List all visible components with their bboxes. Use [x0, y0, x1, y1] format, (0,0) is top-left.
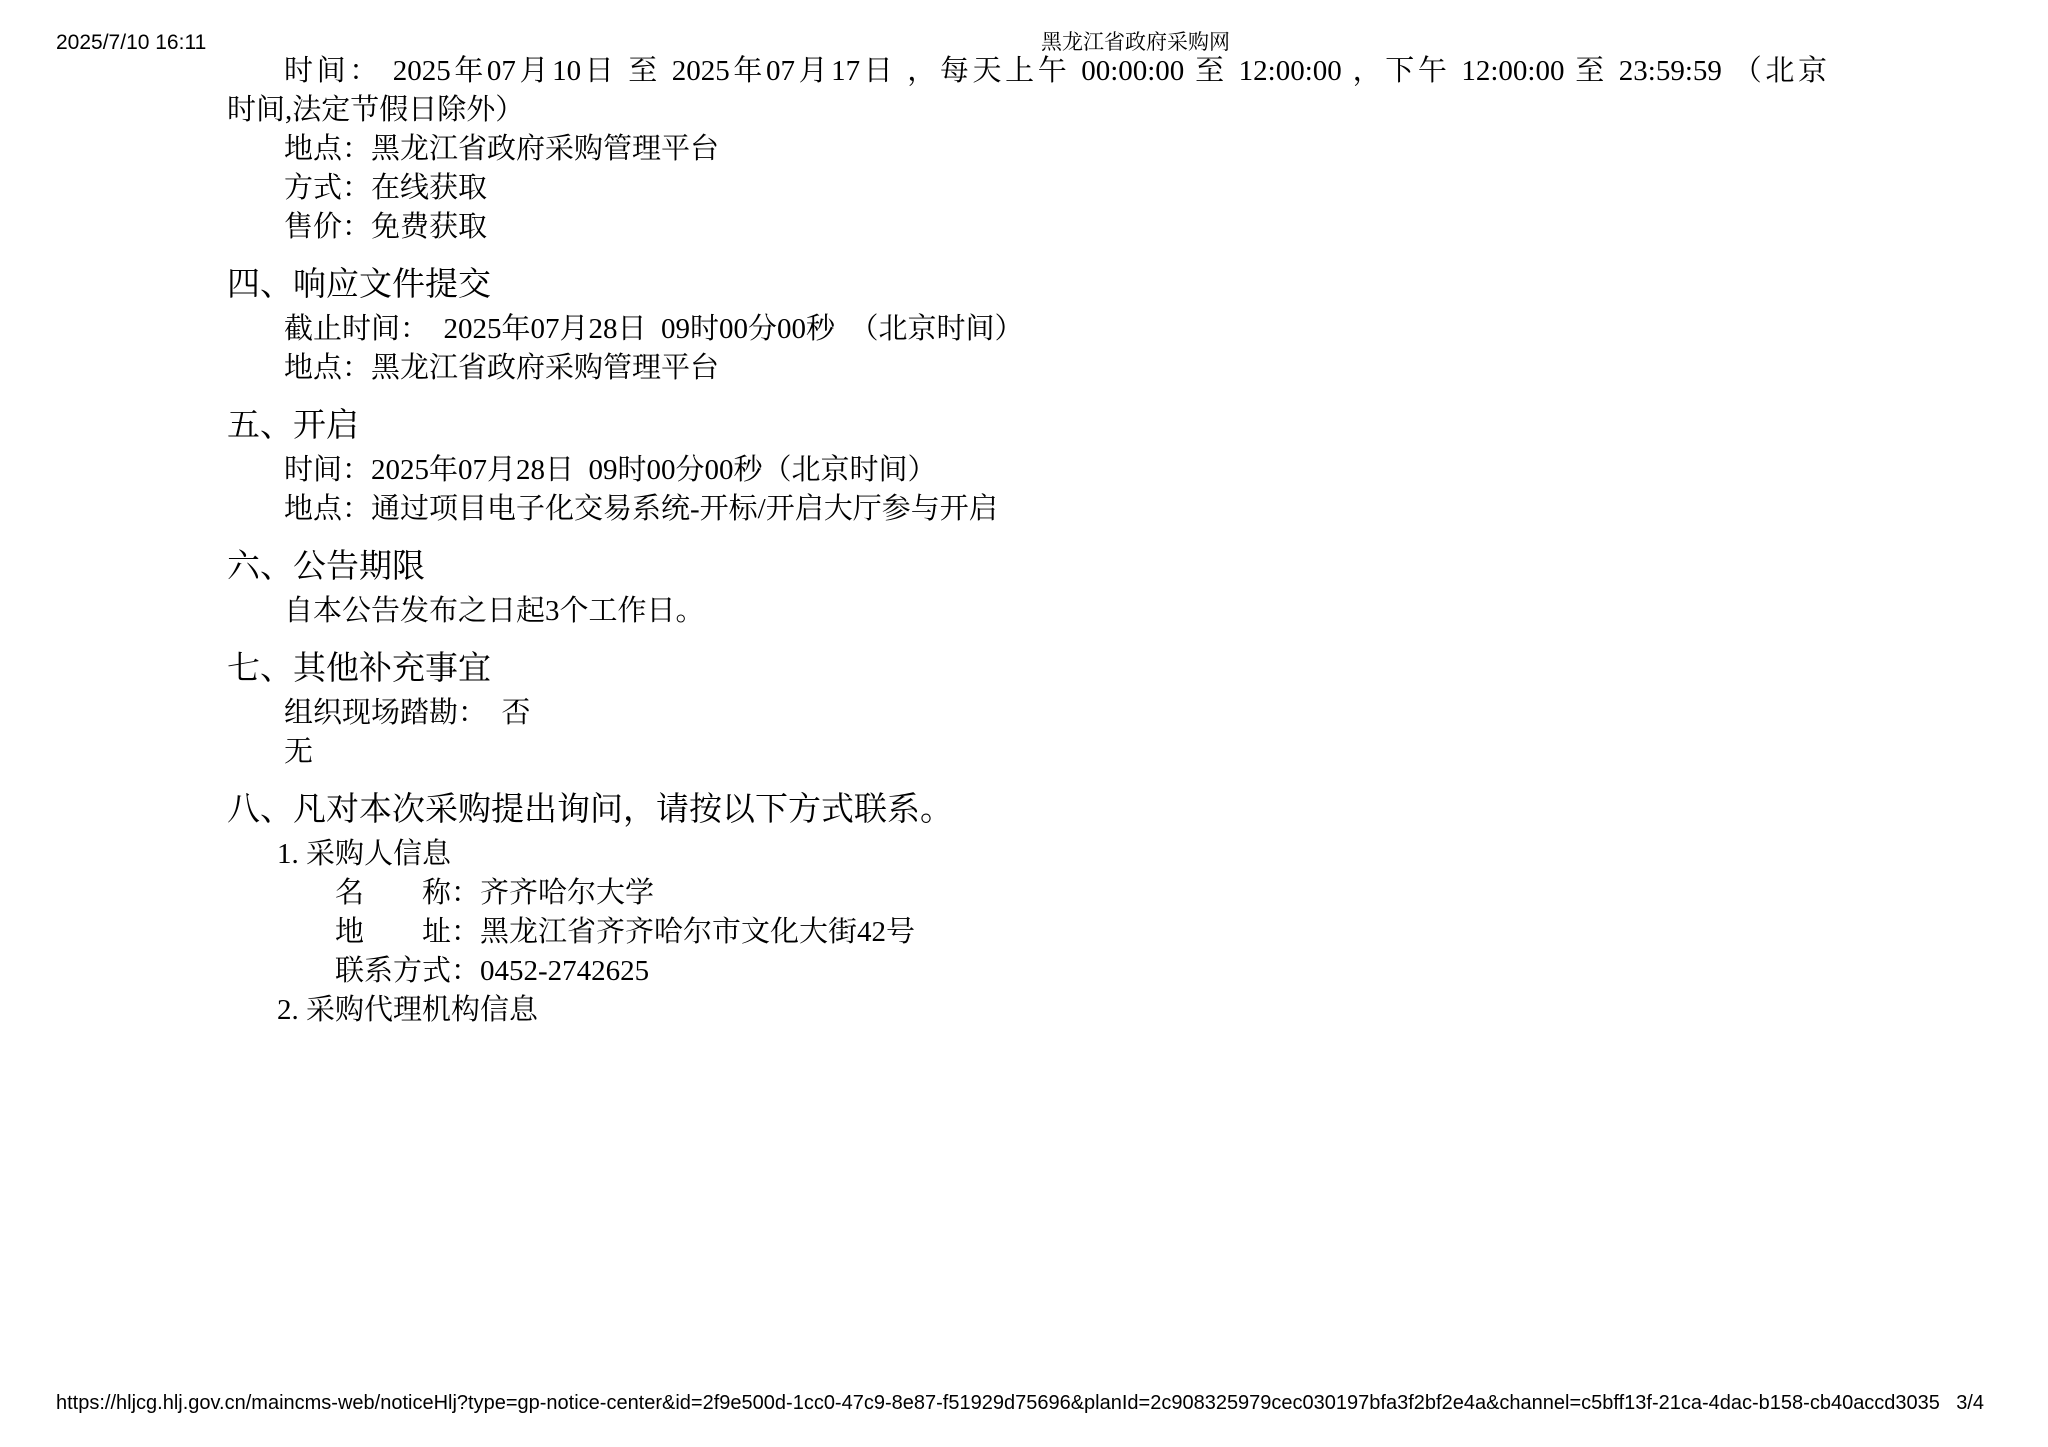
- heading-section-6-notice-period: 六、公告期限: [227, 548, 1827, 587]
- heading-section-7-other-matters: 七、其他补充事宜: [227, 650, 1827, 689]
- print-footer-page-number: 3/4: [1956, 1391, 1984, 1415]
- line-opening-place: 地点：通过项目电子化交易系统-开标/开启大厅参与开启: [227, 490, 1827, 529]
- line-opening-time: 时间：2025年07月28日 09时00分00秒（北京时间）: [227, 451, 1827, 490]
- print-header-datetime: 2025/7/10 16:11: [56, 31, 206, 55]
- line-agency-info-title: 2. 采购代理机构信息: [227, 991, 1827, 1030]
- line-obtain-time-cont: 时间,法定节假日除外）: [227, 91, 1827, 130]
- line-submission-deadline: 截止时间： 2025年07月28日 09时00分00秒 （北京时间）: [227, 310, 1827, 349]
- heading-section-4-response-submission: 四、响应文件提交: [227, 266, 1827, 305]
- line-obtain-method: 方式：在线获取: [227, 169, 1827, 208]
- line-obtain-price: 售价：免费获取: [227, 208, 1827, 247]
- line-submission-place: 地点：黑龙江省政府采购管理平台: [227, 349, 1827, 388]
- line-none: 无: [227, 733, 1827, 772]
- heading-section-5-opening: 五、开启: [227, 407, 1827, 446]
- line-obtain-place: 地点：黑龙江省政府采购管理平台: [227, 130, 1827, 169]
- line-purchaser-name: 名 称：齐齐哈尔大学: [227, 874, 1827, 913]
- notice-document: 时间： 2025年07月10日 至 2025年07月17日 ，每天上午 00:0…: [227, 52, 1827, 1030]
- line-purchaser-info-title: 1. 采购人信息: [227, 835, 1827, 874]
- line-site-survey: 组织现场踏勘： 否: [227, 694, 1827, 733]
- line-obtain-time: 时间： 2025年07月10日 至 2025年07月17日 ，每天上午 00:0…: [227, 52, 1827, 91]
- print-page: 2025/7/10 16:11 黑龙江省政府采购网 时间： 2025年07月10…: [0, 0, 2048, 1447]
- line-notice-period: 自本公告发布之日起3个工作日。: [227, 592, 1827, 631]
- heading-section-8-contact: 八、凡对本次采购提出询问，请按以下方式联系。: [227, 791, 1827, 830]
- line-purchaser-phone: 联系方式：0452-2742625: [227, 952, 1827, 991]
- print-footer-url: https://hljcg.hlj.gov.cn/maincms-web/not…: [56, 1391, 1940, 1415]
- line-purchaser-address: 地 址：黑龙江省齐齐哈尔市文化大街42号: [227, 913, 1827, 952]
